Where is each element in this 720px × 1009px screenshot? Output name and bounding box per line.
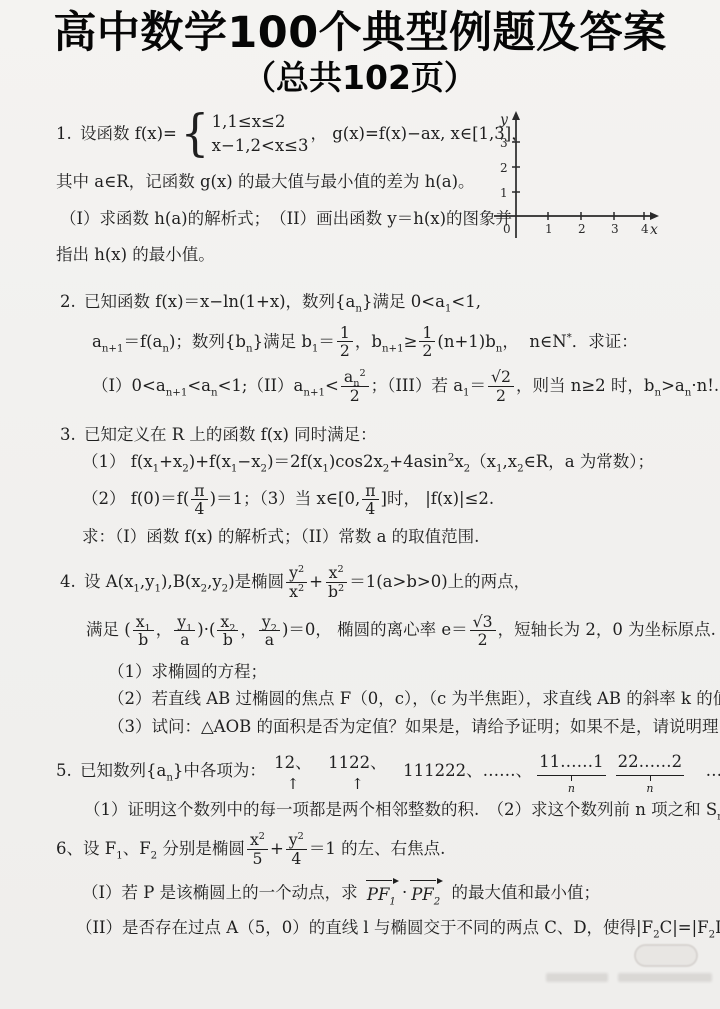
math-fraction: 12 — [419, 324, 435, 360]
x-axis-label: x — [650, 222, 658, 238]
fraction-denominator: 4 — [362, 500, 378, 518]
page-subtitle: （总共102页） — [0, 60, 720, 96]
fraction-denominator: 2 — [419, 342, 435, 360]
text-run: 其中 a∈R，记函数 g(x) 的最大值与最小值的差为 h(a)。 — [56, 170, 475, 195]
math-fraction: x2b2 — [325, 564, 347, 600]
fraction-numerator: √3 — [470, 613, 496, 632]
text-run: 满足 ( — [86, 618, 131, 643]
text-run: + — [309, 570, 323, 595]
math-fraction: √22 — [488, 368, 514, 404]
text-run: ＝1 的左、右焦点. — [309, 837, 446, 862]
fraction-numerator: y2 — [259, 613, 280, 632]
x-tick-label-1: 1 — [545, 222, 553, 236]
problem-line: 求：（I）函数 f(x) 的解析式；（II）常数 a 的取值范围. — [56, 525, 712, 550]
underbrace-label: n — [646, 783, 653, 794]
text-run: (n+1)bn， n∈N*．求证： — [437, 330, 637, 355]
text-run — [312, 759, 329, 784]
problem-line: （1） f(x1+x2)+f(x1−x2)＝2f(x1)cos2x2+4asin… — [56, 450, 712, 475]
problem-line: （I）若 P 是该椭圆上的一个动点，求 PF1·PF2 的最大值和最小值； — [56, 878, 712, 908]
vector-notation: PF1 — [365, 878, 400, 908]
fraction-denominator: b — [135, 631, 151, 649]
fraction-numerator: π — [191, 482, 207, 501]
text-run: 4. 设 A(x1,y1),B(x2,y2)是椭圆 — [60, 570, 284, 595]
text-run: ；（III）若 a1＝ — [371, 374, 486, 399]
arrow-stack-value: 12、 — [274, 751, 312, 776]
fraction-denominator: b — [220, 631, 236, 649]
text-run: 3. 已知定义在 R 上的函数 f(x) 同时满足： — [60, 423, 377, 448]
text-run: （1）求椭圆的方程； — [108, 660, 267, 685]
problem-line: （2） f(0)＝f(π4)＝1；（3）当 x∈[0,π4]时， |f(x)|≤… — [56, 481, 712, 519]
problem-line: 5. 已知数列{an}中各项为： 12、↑ 1122、↑ 111222、……、1… — [56, 750, 712, 794]
fraction-denominator: 2 — [493, 387, 509, 405]
fraction-numerator: x2 — [247, 831, 268, 850]
axes-svg: y x 0 3 2 1 1 2 3 4 — [486, 110, 664, 252]
text-run: 的最大值和最小值； — [446, 881, 600, 906]
fraction-denominator: a — [262, 631, 277, 649]
fraction-denominator: x2 — [286, 583, 307, 601]
fraction-denominator: b2 — [325, 583, 347, 601]
up-arrow-icon: ↑ — [351, 777, 364, 792]
cases-row: 1,1≤x≤2 — [212, 110, 309, 134]
math-fraction: an22 — [341, 368, 369, 404]
underbrace-group: 11……1n — [537, 750, 606, 794]
fraction-denominator: a — [177, 631, 192, 649]
fraction-denominator: 2 — [337, 342, 353, 360]
fraction-numerator: y2 — [286, 831, 307, 850]
math-fraction: y2a — [259, 613, 280, 649]
fraction-numerator: y2 — [286, 564, 307, 583]
text-run: 1. 设函数 f(x)= — [56, 122, 177, 147]
fraction-numerator: y1 — [174, 613, 195, 632]
text-run: 求：（I）函数 f(x) 的解析式；（II）常数 a 的取值范围. — [82, 525, 479, 550]
problem-line: （I）0<an+1<an<1;（II）an+1<an22；（III）若 a1＝√… — [56, 367, 712, 405]
fraction-denominator: 2 — [475, 631, 491, 649]
text-run: （I）若 P 是该椭圆上的一个动点，求 — [82, 881, 363, 906]
problem-line: （1）求椭圆的方程； — [56, 660, 712, 685]
text-run: ，bn+1≥ — [355, 330, 418, 355]
text-run: ， — [240, 618, 257, 643]
problem-line: an+1＝f(an)；数列{bn}满足 b1＝12，bn+1≥12(n+1)bn… — [56, 323, 712, 361]
fraction-denominator: 4 — [288, 850, 304, 868]
text-run: （2） f(0)＝f( — [82, 487, 189, 512]
y-tick-label-2: 2 — [500, 161, 508, 175]
text-run: （1） f(x1+x2)+f(x1−x2)＝2f(x1)cos2x2+4asin… — [82, 450, 654, 475]
fraction-numerator: an2 — [341, 368, 369, 387]
piecewise-cases: {1,1≤x≤2x−1,2<x≤3 — [179, 110, 309, 158]
underbrace-group: 22……2n — [616, 750, 685, 794]
math-fraction: x25 — [247, 831, 268, 867]
y-axis-arrow-icon — [512, 111, 520, 120]
underbrace-value: 11……1 — [537, 750, 606, 776]
fraction-numerator: π — [362, 482, 378, 501]
x-tick-label-4: 4 — [641, 222, 649, 236]
problem-4: 4. 设 A(x1,y1),B(x2,y2)是椭圆y2x2+x2b2＝1(a>b… — [56, 563, 712, 739]
origin-label: 0 — [503, 222, 511, 236]
problem-line: 4. 设 A(x1,y1),B(x2,y2)是椭圆y2x2+x2b2＝1(a>b… — [56, 563, 712, 601]
problem-line: 2. 已知函数 f(x)＝x−ln(1+x)，数列{an}满足 0<a1<1, — [56, 290, 712, 315]
text-run: （II）是否存在过点 A（5，0）的直线 l 与椭圆交于不同的两点 C、D，使得… — [76, 916, 720, 941]
up-arrow-icon: ↑ — [287, 777, 300, 792]
math-fraction: √32 — [470, 613, 496, 649]
text-run: …… — [689, 759, 720, 784]
fraction-numerator: x2 — [326, 564, 347, 583]
problem-5: 5. 已知数列{an}中各项为： 12、↑ 1122、↑ 111222、……、1… — [56, 750, 712, 823]
fraction-numerator: 1 — [337, 324, 353, 343]
x-axis-arrow-icon — [650, 212, 659, 220]
x-tick-label-2: 2 — [578, 222, 586, 236]
fraction-denominator: 5 — [249, 850, 265, 868]
problem-6: 6、设 F1、F2 分别是椭圆x25+y24＝1 的左、右焦点.（I）若 P 是… — [56, 830, 712, 941]
problem-line: （3）试问：△AOB 的面积是否为定值？如果是，请给予证明；如果不是，请说明理由… — [56, 715, 712, 740]
problem-line: 满足 (x1b，y1a)·(x2b，y2a)＝0， 椭圆的离心率 e＝√32，短… — [56, 612, 712, 650]
fraction-numerator: √2 — [488, 368, 514, 387]
left-brace-glyph: { — [180, 113, 209, 154]
math-fraction: y2x2 — [286, 564, 307, 600]
y-tick-label-3: 3 — [500, 136, 508, 150]
math-fraction: π4 — [191, 482, 207, 518]
arrow-stack: 12、↑ — [274, 751, 312, 792]
y-axis-label: y — [499, 112, 509, 128]
arrow-stack-value: 1122、 — [328, 751, 387, 776]
fraction-denominator: 2 — [347, 387, 363, 405]
text-run: （3）试问：△AOB 的面积是否为定值？如果是，请给予证明；如果不是，请说明理由… — [108, 715, 720, 740]
text-run: ， — [156, 618, 173, 643]
text-run: 5. 已知数列{an}中各项为： — [56, 759, 274, 784]
underbrace-label: n — [568, 783, 575, 794]
text-run: （I）0<an+1<an<1;（II）an+1< — [92, 374, 339, 399]
text-run: ，则当 n≥2 时，bn>an·n!. — [516, 374, 719, 399]
problem-line: （2）若直线 AB 过椭圆的焦点 F（0，c），（c 为半焦距），求直线 AB … — [56, 687, 712, 712]
problem-line: 6、设 F1、F2 分别是椭圆x25+y24＝1 的左、右焦点. — [56, 830, 712, 868]
fraction-numerator: x1 — [133, 613, 154, 632]
watermark-text-smudge — [546, 973, 608, 982]
vector-notation: PF2 — [409, 878, 444, 908]
text-run: + — [270, 837, 284, 862]
coordinate-axes-figure: y x 0 3 2 1 1 2 3 4 — [486, 110, 664, 252]
text-run: 111222、……、 — [387, 759, 533, 784]
text-run: ]时， |f(x)|≤2. — [381, 487, 495, 512]
text-run: ＝1(a>b>0)上的两点， — [349, 570, 530, 595]
arrow-stack: 1122、↑ — [328, 751, 387, 792]
y-tick-label-1: 1 — [500, 186, 508, 200]
cases-rows: 1,1≤x≤2x−1,2<x≤3 — [212, 110, 309, 158]
text-run: )＝0， 椭圆的离心率 e＝ — [282, 618, 468, 643]
text-run: )＝1；（3）当 x∈[0, — [210, 487, 361, 512]
underbrace-value: 22……2 — [616, 750, 685, 776]
x-tick-label-3: 3 — [611, 222, 619, 236]
fraction-denominator: 4 — [191, 500, 207, 518]
text-run: an+1＝f(an)；数列{bn}满足 b1＝ — [92, 330, 335, 355]
page-title: 高中数学100个典型例题及答案 — [0, 8, 720, 59]
math-fraction: x2b — [217, 613, 238, 649]
math-fraction: π4 — [362, 482, 378, 518]
watermark-badge — [634, 944, 698, 967]
text-run: （I）求函数 h(a)的解析式； （II）画出函数 y＝h(x)的图象并 — [60, 207, 512, 232]
text-run: 6、设 F1、F2 分别是椭圆 — [56, 837, 245, 862]
math-fraction: x1b — [133, 613, 154, 649]
problem-3: 3. 已知定义在 R 上的函数 f(x) 同时满足：（1） f(x1+x2)+f… — [56, 423, 712, 549]
text-run: )·( — [197, 618, 215, 643]
text-run: 2. 已知函数 f(x)＝x−ln(1+x)，数列{an}满足 0<a1<1, — [60, 290, 481, 315]
fraction-numerator: x2 — [217, 613, 238, 632]
page-header: 高中数学100个典型例题及答案 （总共102页） — [0, 0, 720, 96]
problem-line: （II）是否存在过点 A（5，0）的直线 l 与椭圆交于不同的两点 C、D，使得… — [56, 916, 712, 941]
math-fraction: y24 — [286, 831, 307, 867]
text-run: （2）若直线 AB 过椭圆的焦点 F（0，c），（c 为半焦距），求直线 AB … — [108, 687, 720, 712]
text-run: · — [402, 881, 407, 906]
text-run: 指出 h(x) 的最小值。 — [56, 243, 215, 268]
math-fraction: 12 — [337, 324, 353, 360]
problem-line: （1）证明这个数列中的每一项都是两个相邻整数的积. （2）求这个数列前 n 项之… — [56, 798, 712, 823]
text-run: （1）证明这个数列中的每一项都是两个相邻整数的积. （2）求这个数列前 n 项之… — [84, 798, 720, 823]
watermark-text-smudge — [618, 973, 712, 982]
text-run: ，短轴长为 2，0 为坐标原点. — [498, 618, 716, 643]
problem-2: 2. 已知函数 f(x)＝x−ln(1+x)，数列{an}满足 0<a1<1,a… — [56, 290, 712, 405]
scanned-math-worksheet-page: 高中数学100个典型例题及答案 （总共102页） y x 0 3 2 1 1 2… — [0, 0, 720, 1009]
cases-row: x−1,2<x≤3 — [212, 134, 309, 158]
problem-line: 3. 已知定义在 R 上的函数 f(x) 同时满足： — [56, 423, 712, 448]
fraction-numerator: 1 — [419, 324, 435, 343]
math-fraction: y1a — [174, 613, 195, 649]
